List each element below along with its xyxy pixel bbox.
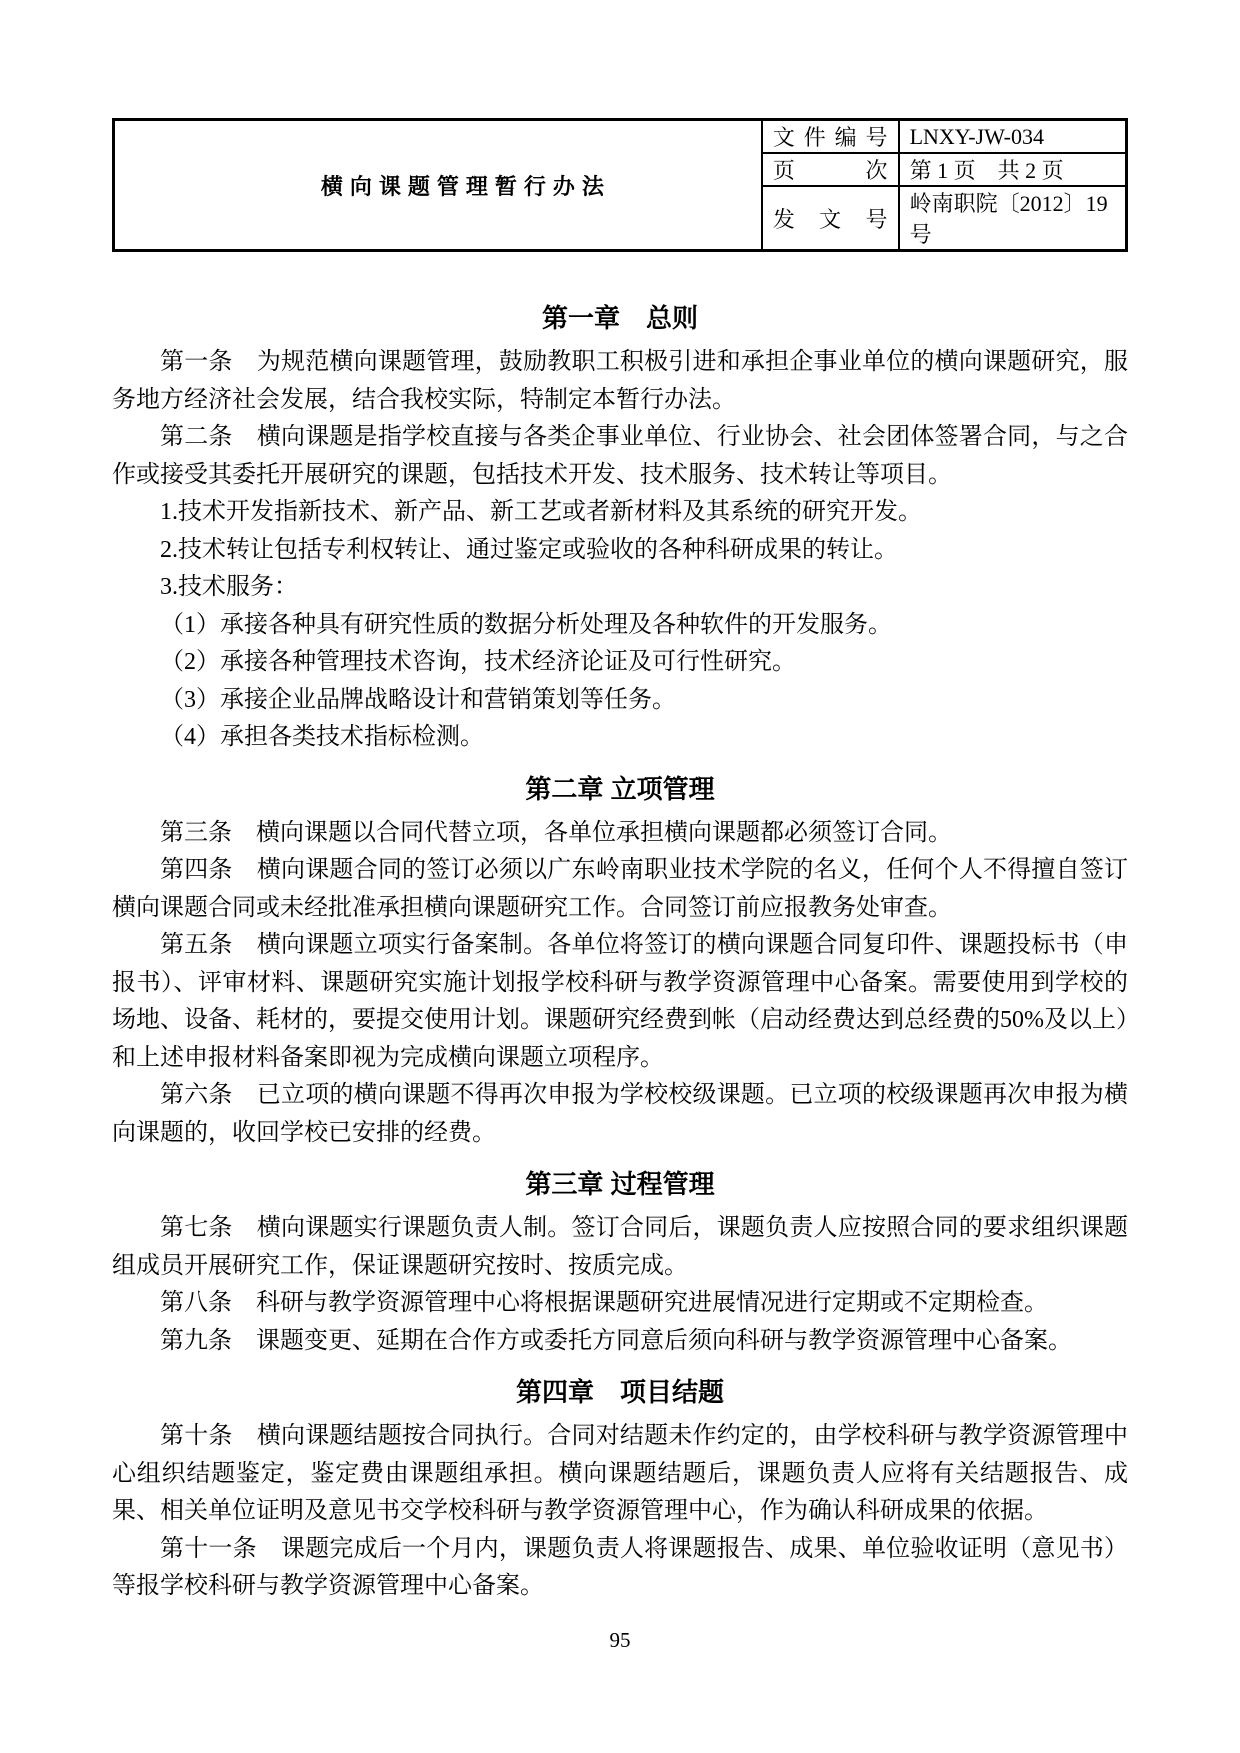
article-6: 第六条 已立项的横向课题不得再次申报为学校校级课题。已立项的校级课题再次申报为横… bbox=[112, 1077, 1128, 1152]
file-number-label: 文 件 编 号 bbox=[762, 120, 899, 154]
article-2-item-3-sub-2: （2）承接各种管理技术咨询，技术经济论证及可行性研究。 bbox=[112, 644, 1128, 682]
page-number: 95 bbox=[0, 1628, 1240, 1653]
chapter-2-heading: 第二章 立项管理 bbox=[112, 769, 1128, 809]
file-number-value: LNXY-JW-034 bbox=[899, 120, 1127, 154]
article-2-item-3-sub-3: （3）承接企业品牌战略设计和营销策划等任务。 bbox=[112, 682, 1128, 720]
document-sheet: 横向课题管理暂行办法 文 件 编 号 LNXY-JW-034 页 次 第 1 页… bbox=[112, 118, 1128, 1606]
article-11: 第十一条 课题完成后一个月内，课题负责人将课题报告、成果、单位验收证明（意见书）… bbox=[112, 1531, 1128, 1606]
article-1: 第一条 为规范横向课题管理，鼓励教职工积极引进和承担企事业单位的横向课题研究，服… bbox=[112, 344, 1128, 419]
article-2: 第二条 横向课题是指学校直接与各类企事业单位、行业协会、社会团体签署合同，与之合… bbox=[112, 419, 1128, 494]
header-row-file-number: 横向课题管理暂行办法 文 件 编 号 LNXY-JW-034 bbox=[114, 120, 1127, 154]
page-index-label: 页 次 bbox=[762, 153, 899, 186]
article-2-item-2: 2.技术转让包括专利权转让、通过鉴定或验收的各种科研成果的转让。 bbox=[112, 532, 1128, 570]
article-3: 第三条 横向课题以合同代替立项，各单位承担横向课题都必须签订合同。 bbox=[112, 815, 1128, 853]
article-2-item-3-sub-4: （4）承担各类技术指标检测。 bbox=[112, 719, 1128, 757]
chapter-1-heading: 第一章 总则 bbox=[112, 298, 1128, 338]
article-9: 第九条 课题变更、延期在合作方或委托方同意后须向科研与教学资源管理中心备案。 bbox=[112, 1323, 1128, 1361]
article-7: 第七条 横向课题实行课题负责人制。签订合同后，课题负责人应按照合同的要求组织课题… bbox=[112, 1210, 1128, 1285]
chapter-3-heading: 第三章 过程管理 bbox=[112, 1164, 1128, 1204]
issue-number-label: 发 文 号 bbox=[762, 186, 899, 251]
article-2-item-3: 3.技术服务： bbox=[112, 569, 1128, 607]
article-5: 第五条 横向课题立项实行备案制。各单位将签订的横向课题合同复印件、课题投标书（申… bbox=[112, 927, 1128, 1077]
article-2-item-3-sub-1: （1）承接各种具有研究性质的数据分析处理及各种软件的开发服务。 bbox=[112, 607, 1128, 645]
document-body: 第一章 总则 第一条 为规范横向课题管理，鼓励教职工积极引进和承担企事业单位的横… bbox=[112, 298, 1128, 1606]
article-10: 第十条 横向课题结题按合同执行。合同对结题未作约定的，由学校科研与教学资源管理中… bbox=[112, 1418, 1128, 1531]
document-title: 横向课题管理暂行办法 bbox=[114, 120, 762, 251]
chapter-4-heading: 第四章 项目结题 bbox=[112, 1372, 1128, 1412]
issue-number-value: 岭南职院〔2012〕19 号 bbox=[899, 186, 1127, 251]
header-table: 横向课题管理暂行办法 文 件 编 号 LNXY-JW-034 页 次 第 1 页… bbox=[112, 118, 1128, 252]
document-page: 横向课题管理暂行办法 文 件 编 号 LNXY-JW-034 页 次 第 1 页… bbox=[0, 0, 1240, 1753]
article-4: 第四条 横向课题合同的签订必须以广东岭南职业技术学院的名义，任何个人不得擅自签订… bbox=[112, 852, 1128, 927]
article-8: 第八条 科研与教学资源管理中心将根据课题研究进展情况进行定期或不定期检查。 bbox=[112, 1285, 1128, 1323]
article-2-item-1: 1.技术开发指新技术、新产品、新工艺或者新材料及其系统的研究开发。 bbox=[112, 494, 1128, 532]
page-index-value: 第 1 页 共 2 页 bbox=[899, 153, 1127, 186]
